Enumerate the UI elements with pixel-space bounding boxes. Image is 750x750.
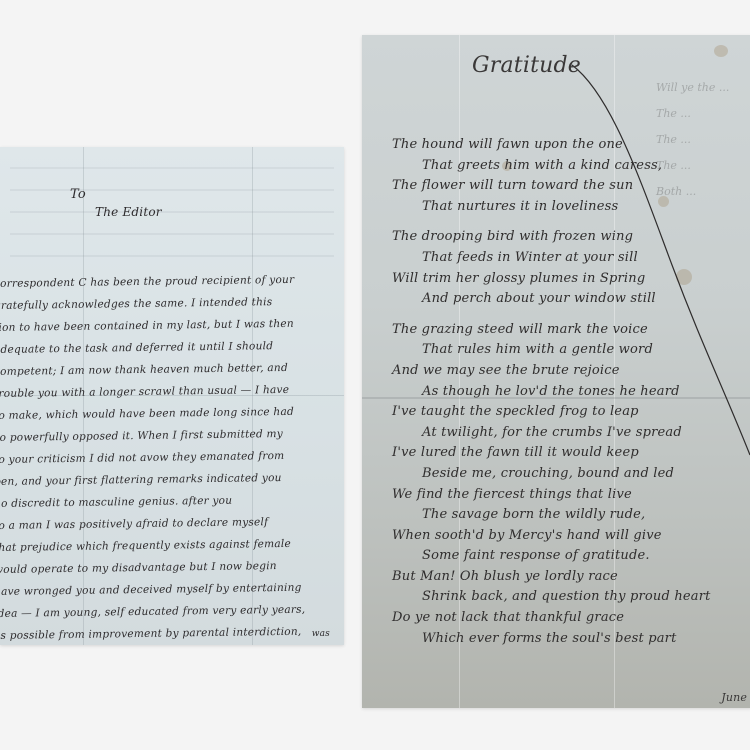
- poem-line: Beside me, crouching, bound and led: [392, 464, 750, 485]
- bleed-through-line: [10, 233, 334, 235]
- poem-line: That rules him with a gentle word: [392, 340, 750, 361]
- poem-line: And we may see the brute rejoice: [392, 361, 750, 382]
- poem-line: But Man! Oh blush ye lordly race: [392, 567, 750, 588]
- bleed-through-line: [10, 167, 334, 169]
- poem-line: That greets him with a kind caress,: [392, 156, 750, 177]
- poem-line: The savage born the wildly rude,: [392, 505, 750, 526]
- date-fragment: June 0: [721, 691, 750, 704]
- poem-title: Gratitude: [472, 53, 581, 78]
- poem-line: And perch about your window still: [392, 289, 750, 310]
- bleed-through-line: [10, 211, 334, 213]
- poem-line: I've taught the speckled frog to leap: [392, 402, 750, 423]
- salutation-to: To: [70, 187, 86, 202]
- stanza-gap: [392, 310, 750, 320]
- letter-body: correspondent C has been the proud recip…: [0, 273, 344, 645]
- poem-line: Do ye not lack that thankful grace: [392, 608, 750, 629]
- poem-line: The grazing steed will mark the voice: [392, 320, 750, 341]
- poem-line: Will trim her glossy plumes in Spring: [392, 269, 750, 290]
- salutation-editor: The Editor: [95, 205, 162, 219]
- poem-line: The flower will turn toward the sun: [392, 176, 750, 197]
- poem-page: Will ye the ... The ... The ... The ... …: [362, 35, 750, 708]
- poem-line: The hound will fawn upon the one: [392, 135, 750, 156]
- poem-line: At twilight, for the crumbs I've spread: [392, 423, 750, 444]
- poem-line: I've lured the fawn till it would keep: [392, 443, 750, 464]
- bleed-through-line: [10, 255, 334, 257]
- poem-line: Some faint response of gratitude.: [392, 546, 750, 567]
- poem-line: That nurtures it in loveliness: [392, 197, 750, 218]
- poem-line: Shrink back, and question thy proud hear…: [392, 587, 750, 608]
- poem-line: That feeds in Winter at your sill: [392, 248, 750, 269]
- poem-body: The hound will fawn upon the one That gr…: [392, 135, 750, 649]
- poem-line: As though he lov'd the tones he heard: [392, 382, 750, 403]
- poem-line: We find the fiercest things that live: [392, 485, 750, 506]
- stanza-gap: [392, 217, 750, 227]
- poem-line: Which ever forms the soul's best part: [392, 629, 750, 650]
- bleed-through-line: [10, 189, 334, 191]
- poem-line: The drooping bird with frozen wing: [392, 227, 750, 248]
- letter-line: as possible from improvement by parental…: [0, 620, 344, 645]
- poem-line: When sooth'd by Mercy's hand will give: [392, 526, 750, 547]
- catchword: was: [312, 629, 330, 639]
- letter-page: To The Editor correspondent C has been t…: [0, 147, 344, 645]
